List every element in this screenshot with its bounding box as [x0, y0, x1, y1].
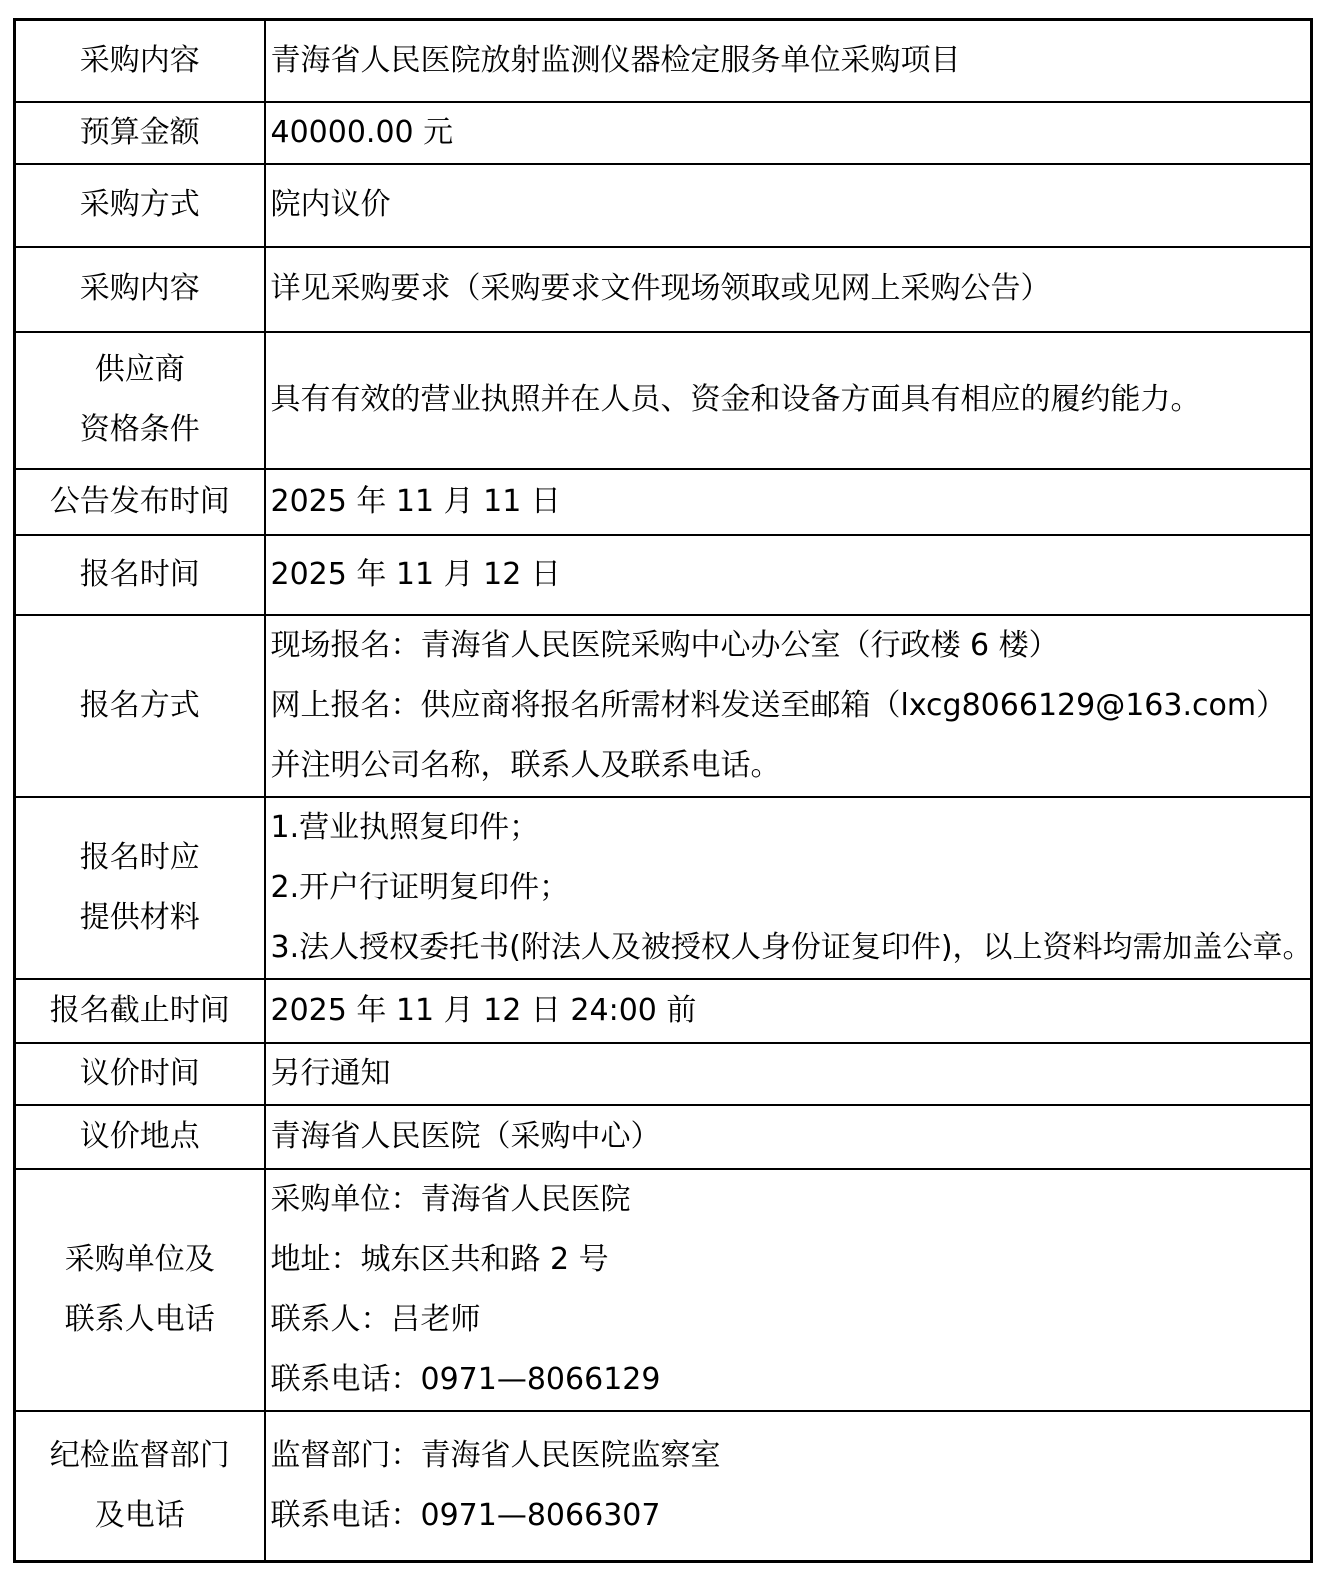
label-text: 联系人电话 — [20, 1290, 260, 1350]
label-budget-amount: 预算金额 — [15, 102, 265, 164]
value-text: 并注明公司名称，联系人及联系电话。 — [271, 736, 1309, 796]
value-text: 联系人：吕老师 — [271, 1290, 1309, 1350]
label-procurement-content: 采购内容 — [15, 20, 265, 102]
value-text: 联系电话：0971—8066129 — [271, 1350, 1309, 1410]
value-text: 40000.00 元 — [271, 103, 1309, 163]
label-registration-method: 报名方式 — [15, 615, 265, 797]
table-row: 采购方式 院内议价 — [15, 164, 1312, 247]
value-text: 青海省人民医院（采购中心） — [271, 1107, 1309, 1167]
value-supplier-qualification: 具有有效的营业执照并在人员、资金和设备方面具有相应的履约能力。 — [265, 332, 1312, 469]
value-text: 地址：城东区共和路 2 号 — [271, 1230, 1309, 1290]
value-supervision-contact: 监督部门：青海省人民医院监察室 联系电话：0971—8066307 — [265, 1411, 1312, 1562]
label-supplier-qualification: 供应商 资格条件 — [15, 332, 265, 469]
value-text: 网上报名：供应商将报名所需材料发送至邮箱（lxcg8066129@163.com… — [271, 676, 1309, 736]
procurement-notice-page: 采购内容 青海省人民医院放射监测仪器检定服务单位采购项目 预算金额 40000.… — [0, 0, 1327, 1573]
value-negotiation-time: 另行通知 — [265, 1043, 1312, 1105]
value-text: 另行通知 — [271, 1044, 1309, 1104]
label-text: 提供材料 — [20, 888, 260, 948]
value-registration-method: 现场报名：青海省人民医院采购中心办公室（行政楼 6 楼） 网上报名：供应商将报名… — [265, 615, 1312, 797]
value-text: 1.营业执照复印件； — [271, 798, 1309, 858]
label-purchaser-contact: 采购单位及 联系人电话 — [15, 1169, 265, 1411]
label-text: 纪检监督部门 — [20, 1426, 260, 1486]
value-text: 采购单位：青海省人民医院 — [271, 1170, 1309, 1230]
label-text: 公告发布时间 — [20, 472, 260, 532]
label-text: 资格条件 — [20, 400, 260, 460]
value-announcement-date: 2025 年 11 月 11 日 — [265, 469, 1312, 535]
value-text: 2025 年 11 月 12 日 — [271, 545, 1309, 605]
value-text: 3.法人授权委托书(附法人及被授权人身份证复印件)，以上资料均需加盖公章。 — [271, 918, 1309, 978]
label-text: 采购内容 — [20, 31, 260, 91]
label-text: 采购方式 — [20, 175, 260, 235]
label-registration-deadline: 报名截止时间 — [15, 979, 265, 1043]
table-row: 采购内容 详见采购要求（采购要求文件现场领取或见网上采购公告） — [15, 247, 1312, 332]
value-procurement-content: 青海省人民医院放射监测仪器检定服务单位采购项目 — [265, 20, 1312, 102]
label-text: 预算金额 — [20, 103, 260, 163]
value-registration-date: 2025 年 11 月 12 日 — [265, 535, 1312, 615]
value-text: 现场报名：青海省人民医院采购中心办公室（行政楼 6 楼） — [271, 616, 1309, 676]
table-row: 供应商 资格条件 具有有效的营业执照并在人员、资金和设备方面具有相应的履约能力。 — [15, 332, 1312, 469]
table-row: 议价地点 青海省人民医院（采购中心） — [15, 1105, 1312, 1169]
value-text: 监督部门：青海省人民医院监察室 — [271, 1426, 1309, 1486]
label-announcement-date: 公告发布时间 — [15, 469, 265, 535]
label-text: 采购单位及 — [20, 1230, 260, 1290]
label-text: 报名时间 — [20, 545, 260, 605]
label-text: 供应商 — [20, 340, 260, 400]
label-text: 议价时间 — [20, 1044, 260, 1104]
value-text: 院内议价 — [271, 175, 1309, 235]
value-procurement-method: 院内议价 — [265, 164, 1312, 247]
label-text: 采购内容 — [20, 259, 260, 319]
value-text: 具有有效的营业执照并在人员、资金和设备方面具有相应的履约能力。 — [271, 370, 1309, 430]
value-budget-amount: 40000.00 元 — [265, 102, 1312, 164]
value-registration-materials: 1.营业执照复印件； 2.开户行证明复印件； 3.法人授权委托书(附法人及被授权… — [265, 797, 1312, 979]
value-registration-deadline: 2025 年 11 月 12 日 24:00 前 — [265, 979, 1312, 1043]
value-negotiation-location: 青海省人民医院（采购中心） — [265, 1105, 1312, 1169]
table-row: 预算金额 40000.00 元 — [15, 102, 1312, 164]
label-negotiation-location: 议价地点 — [15, 1105, 265, 1169]
label-text: 及电话 — [20, 1486, 260, 1546]
table-row: 纪检监督部门 及电话 监督部门：青海省人民医院监察室 联系电话：0971—806… — [15, 1411, 1312, 1562]
table-row: 报名时间 2025 年 11 月 12 日 — [15, 535, 1312, 615]
label-negotiation-time: 议价时间 — [15, 1043, 265, 1105]
value-procurement-content-detail: 详见采购要求（采购要求文件现场领取或见网上采购公告） — [265, 247, 1312, 332]
label-supervision-contact: 纪检监督部门 及电话 — [15, 1411, 265, 1562]
table-row: 报名时应 提供材料 1.营业执照复印件； 2.开户行证明复印件； 3.法人授权委… — [15, 797, 1312, 979]
label-registration-date: 报名时间 — [15, 535, 265, 615]
value-text: 联系电话：0971—8066307 — [271, 1486, 1309, 1546]
label-text: 报名时应 — [20, 828, 260, 888]
label-registration-materials: 报名时应 提供材料 — [15, 797, 265, 979]
table-row: 报名截止时间 2025 年 11 月 12 日 24:00 前 — [15, 979, 1312, 1043]
table-row: 报名方式 现场报名：青海省人民医院采购中心办公室（行政楼 6 楼） 网上报名：供… — [15, 615, 1312, 797]
table-row: 采购单位及 联系人电话 采购单位：青海省人民医院 地址：城东区共和路 2 号 联… — [15, 1169, 1312, 1411]
value-text: 2.开户行证明复印件； — [271, 858, 1309, 918]
value-text: 详见采购要求（采购要求文件现场领取或见网上采购公告） — [271, 259, 1309, 319]
value-purchaser-contact: 采购单位：青海省人民医院 地址：城东区共和路 2 号 联系人：吕老师 联系电话：… — [265, 1169, 1312, 1411]
value-text: 2025 年 11 月 12 日 24:00 前 — [271, 981, 1309, 1041]
label-procurement-content-detail: 采购内容 — [15, 247, 265, 332]
procurement-notice-table: 采购内容 青海省人民医院放射监测仪器检定服务单位采购项目 预算金额 40000.… — [13, 18, 1313, 1563]
label-text: 报名截止时间 — [20, 981, 260, 1041]
table-row: 议价时间 另行通知 — [15, 1043, 1312, 1105]
label-procurement-method: 采购方式 — [15, 164, 265, 247]
table-row: 采购内容 青海省人民医院放射监测仪器检定服务单位采购项目 — [15, 20, 1312, 102]
value-text: 青海省人民医院放射监测仪器检定服务单位采购项目 — [271, 31, 1309, 91]
label-text: 议价地点 — [20, 1107, 260, 1167]
value-text: 2025 年 11 月 11 日 — [271, 472, 1309, 532]
table-row: 公告发布时间 2025 年 11 月 11 日 — [15, 469, 1312, 535]
label-text: 报名方式 — [20, 676, 260, 736]
